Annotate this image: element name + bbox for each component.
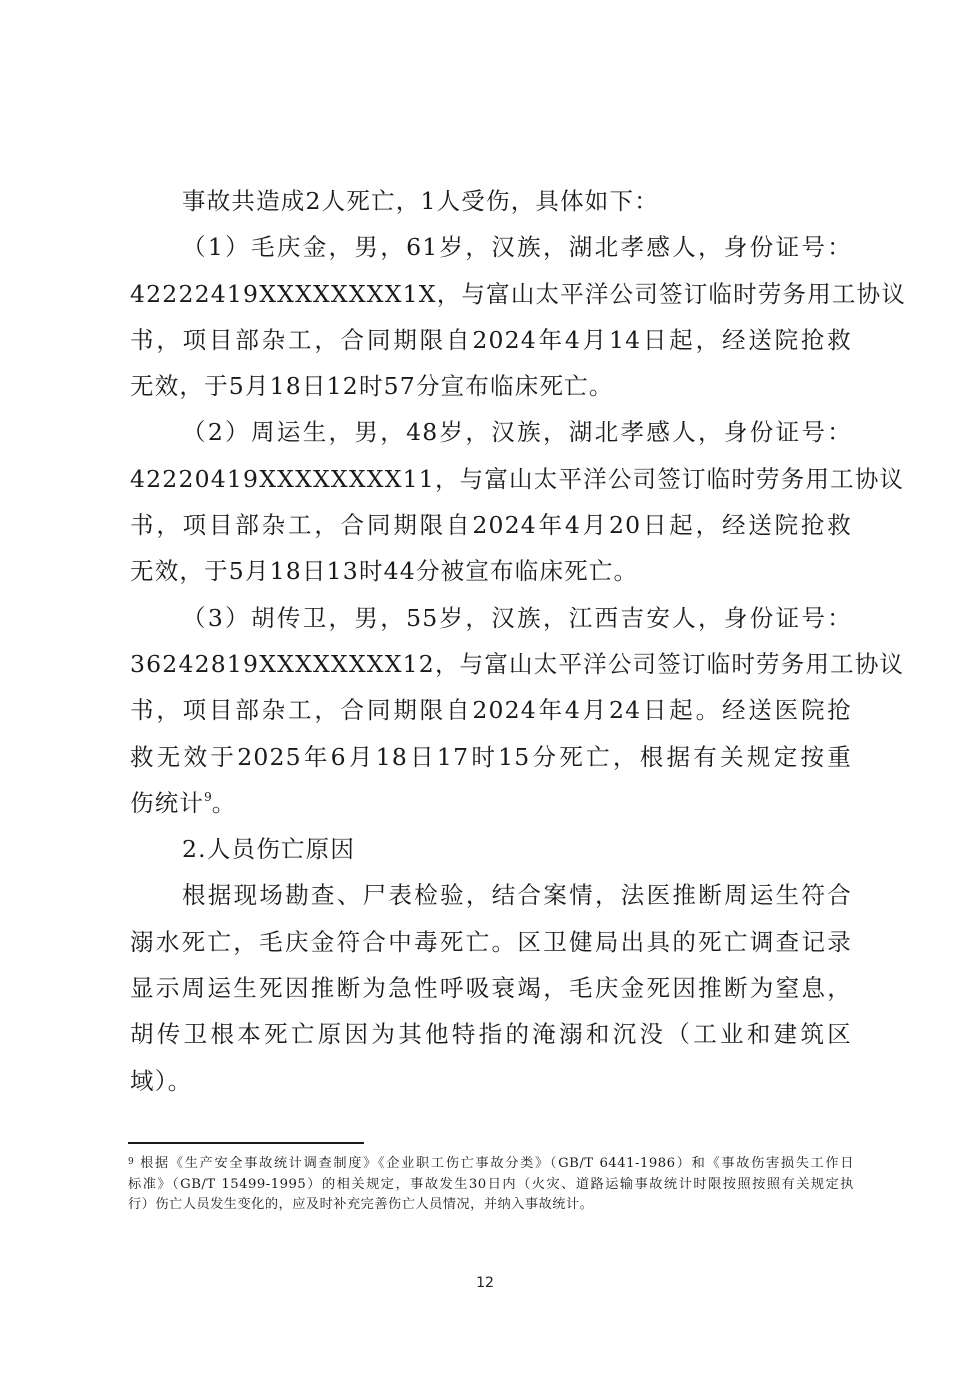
summary-paragraph: 事故共造成2人死亡，1人受伤，具体如下： bbox=[130, 178, 852, 224]
footnote-line-1-text: 根据《生产安全事故统计调查制度》《企业职工伤亡事故分类》（GB/T 6441-1… bbox=[140, 1156, 854, 1171]
victim-1-line-1: （1）毛庆金，男，61岁，汉族，湖北孝感人，身份证号： bbox=[130, 224, 852, 270]
victim-3-line-5: 伤统计9。 bbox=[130, 780, 852, 826]
footnote-reference[interactable]: 9 bbox=[204, 790, 212, 804]
section-heading: 2.人员伤亡原因 bbox=[130, 826, 852, 872]
cause-line-1: 根据现场勘查、尸表检验，结合案情，法医推断周运生符合 bbox=[130, 872, 852, 918]
footnote-divider bbox=[128, 1142, 364, 1144]
victim-3-line-5-text: 伤统计 bbox=[130, 789, 204, 817]
footnote-line-1: 9 根据《生产安全事故统计调查制度》《企业职工伤亡事故分类》（GB/T 6441… bbox=[128, 1154, 854, 1175]
victim-3-line-3: 书，项目部杂工，合同期限自2024年4月24日起。经送医院抢 bbox=[130, 687, 852, 733]
footnote-marker: 9 bbox=[128, 1157, 134, 1167]
victim-2-line-1: （2）周运生，男，48岁，汉族，湖北孝感人，身份证号： bbox=[130, 409, 852, 455]
footnote-line-2: 标准》（GB/T 15499-1995）的相关规定，事故发生30日内（火灾、道路… bbox=[128, 1175, 854, 1196]
victim-3-line-2: 36242819XXXXXXXX12，与富山太平洋公司签订临时劳务用工协议 bbox=[130, 641, 852, 687]
victim-1-line-2: 42222419XXXXXXXX1X，与富山太平洋公司签订临时劳务用工协议 bbox=[130, 271, 852, 317]
cause-line-5: 域）。 bbox=[130, 1058, 852, 1104]
footnote: 9 根据《生产安全事故统计调查制度》《企业职工伤亡事故分类》（GB/T 6441… bbox=[128, 1154, 854, 1216]
victim-2-line-3: 书，项目部杂工，合同期限自2024年4月20日起，经送院抢救 bbox=[130, 502, 852, 548]
victim-1-line-4: 无效，于5月18日12时57分宣布临床死亡。 bbox=[130, 363, 852, 409]
footnote-line-3: 行）伤亡人员发生变化的，应及时补充完善伤亡人员情况，并纳入事故统计。 bbox=[128, 1195, 854, 1216]
victim-3-line-1: （3）胡传卫，男，55岁，汉族，江西吉安人，身份证号： bbox=[130, 595, 852, 641]
document-page: 事故共造成2人死亡，1人受伤，具体如下： （1）毛庆金，男，61岁，汉族，湖北孝… bbox=[0, 0, 970, 1373]
victim-3-line-4: 救无效于2025年6月18日17时15分死亡，根据有关规定按重 bbox=[130, 734, 852, 780]
victim-2-line-2: 42220419XXXXXXXX11，与富山太平洋公司签订临时劳务用工协议 bbox=[130, 456, 852, 502]
victim-2-line-4: 无效，于5月18日13时44分被宣布临床死亡。 bbox=[130, 548, 852, 594]
cause-line-2: 溺水死亡，毛庆金符合中毒死亡。区卫健局出具的死亡调查记录 bbox=[130, 919, 852, 965]
page-number: 12 bbox=[0, 1275, 970, 1291]
body-text: 事故共造成2人死亡，1人受伤，具体如下： （1）毛庆金，男，61岁，汉族，湖北孝… bbox=[130, 178, 852, 1104]
victim-1-line-3: 书，项目部杂工，合同期限自2024年4月14日起，经送院抢救 bbox=[130, 317, 852, 363]
cause-line-3: 显示周运生死因推断为急性呼吸衰竭，毛庆金死因推断为窒息， bbox=[130, 965, 852, 1011]
victim-3-trailing-punct: 。 bbox=[212, 789, 237, 817]
cause-line-4: 胡传卫根本死亡原因为其他特指的淹溺和沉没（工业和建筑区 bbox=[130, 1011, 852, 1057]
